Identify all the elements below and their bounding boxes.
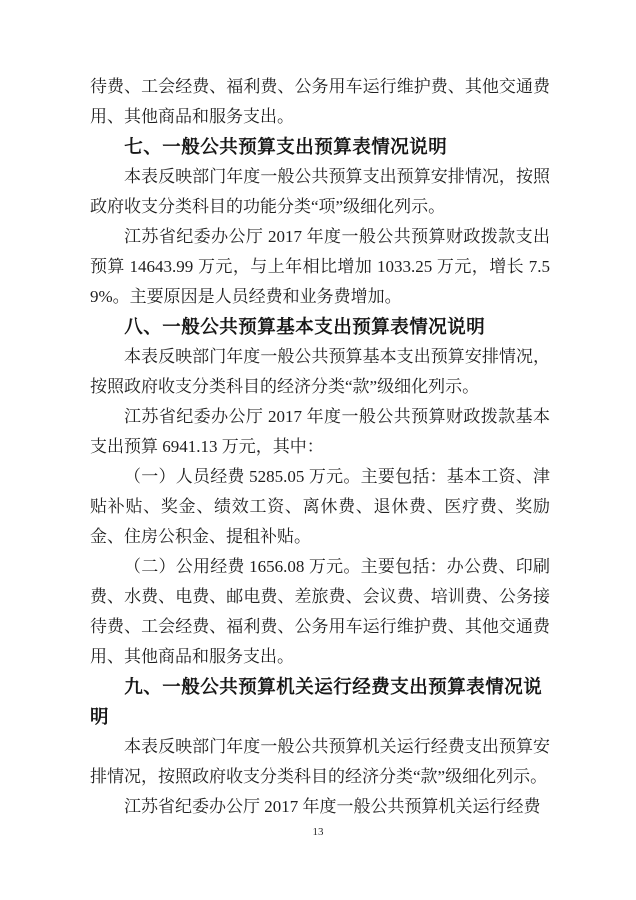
document-page: 待费、工会经费、福利费、公务用车运行维护费、其他交通费用、其他商品和服务支出。 … <box>0 0 636 900</box>
section-9-heading: 九、一般公共预算机关运行经费支出预算表情况说明 <box>90 672 550 732</box>
section-9-paragraph-2-cutoff: 江苏省纪委办公厅 2017 年度一般公共预算机关运行经费 <box>90 792 550 822</box>
section-7-heading: 七、一般公共预算支出预算表情况说明 <box>90 132 550 162</box>
section-8-heading: 八、一般公共预算基本支出预算表情况说明 <box>90 312 550 342</box>
section-8-paragraph-2: 江苏省纪委办公厅 2017 年度一般公共预算财政拨款基本支出预算 6941.13… <box>90 402 550 462</box>
section-8-paragraph-1: 本表反映部门年度一般公共预算基本支出预算安排情况，按照政府收支分类科目的经济分类… <box>90 342 550 402</box>
section-7-paragraph-2: 江苏省纪委办公厅 2017 年度一般公共预算财政拨款支出预算 14643.99 … <box>90 222 550 312</box>
section-9-paragraph-1: 本表反映部门年度一般公共预算机关运行经费支出预算安排情况，按照政府收支分类科目的… <box>90 732 550 792</box>
continued-paragraph-from-previous-page: 待费、工会经费、福利费、公务用车运行维护费、其他交通费用、其他商品和服务支出。 <box>90 72 550 132</box>
section-8-item-personnel-funds: （一）人员经费 5285.05 万元。主要包括：基本工资、津贴补贴、奖金、绩效工… <box>90 462 550 552</box>
document-body: 待费、工会经费、福利费、公务用车运行维护费、其他交通费用、其他商品和服务支出。 … <box>90 72 550 822</box>
section-8-item-public-funds: （二）公用经费 1656.08 万元。主要包括：办公费、印刷费、水费、电费、邮电… <box>90 552 550 672</box>
page-number: 13 <box>0 826 636 838</box>
section-7-paragraph-1: 本表反映部门年度一般公共预算支出预算安排情况，按照政府收支分类科目的功能分类“项… <box>90 162 550 222</box>
